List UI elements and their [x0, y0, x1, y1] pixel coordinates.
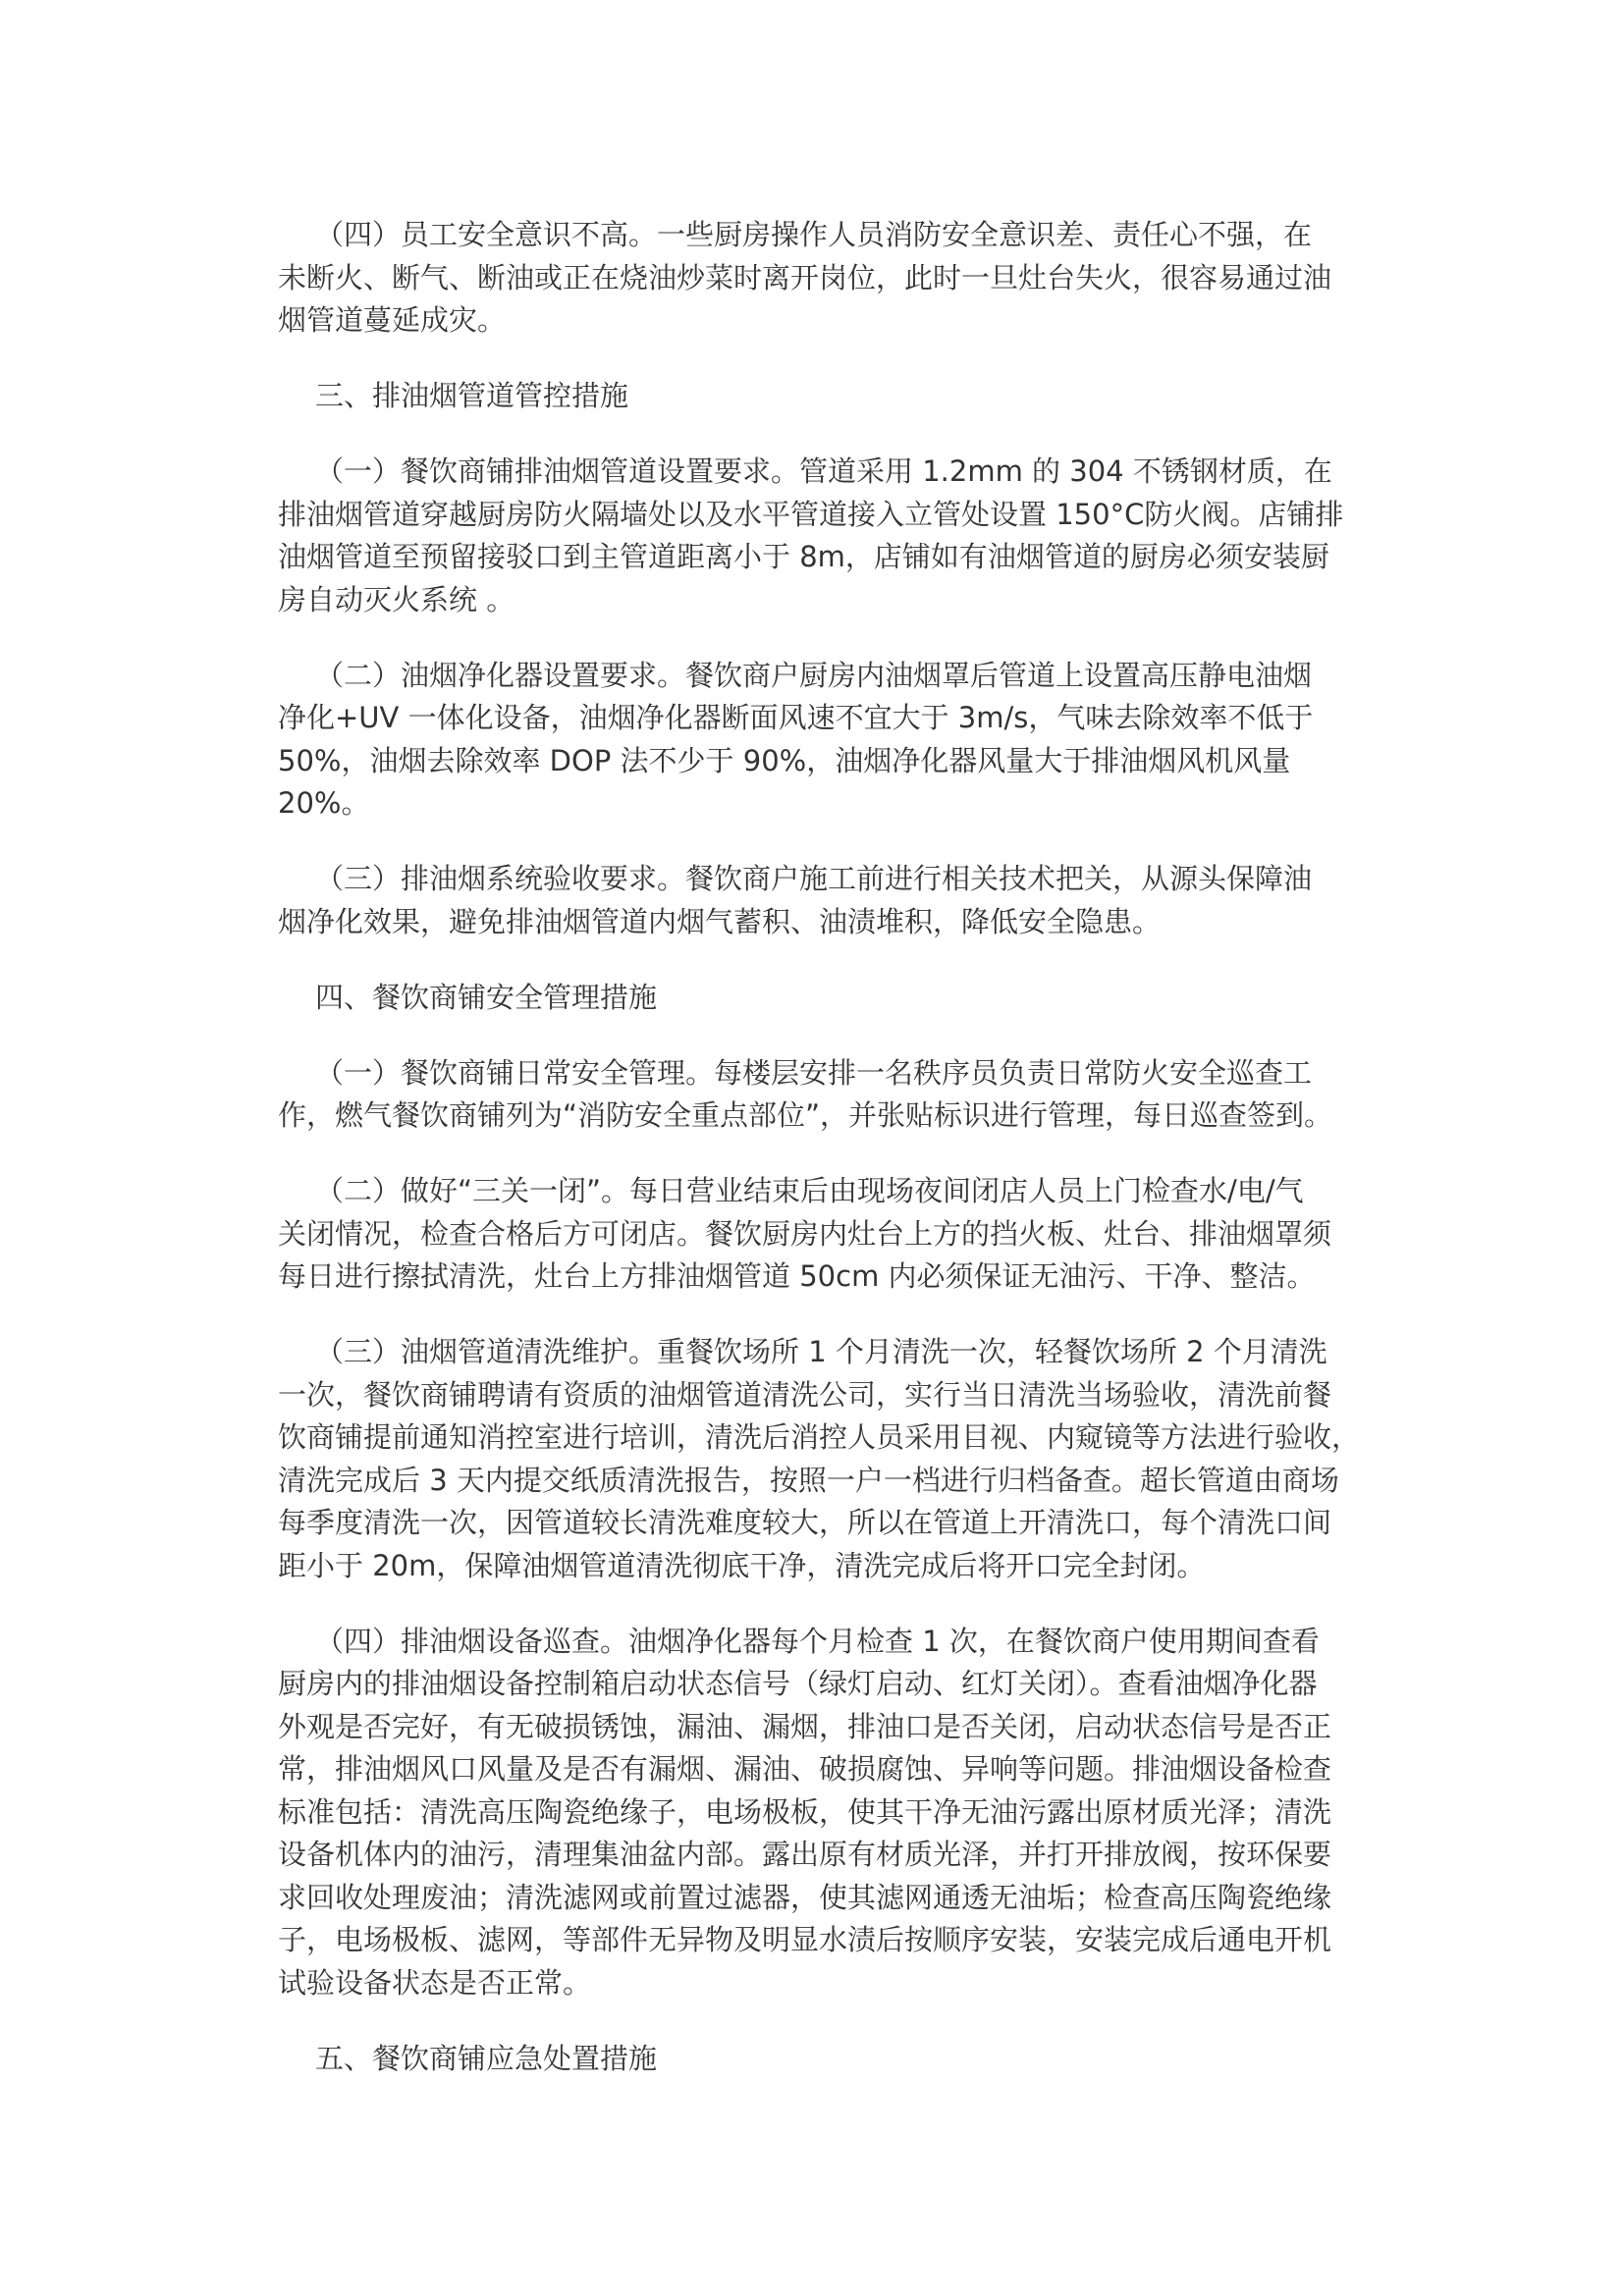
text-line: 净化+UV 一体化设备，油烟净化器断面风速不宜大于 3m/s，气味去除效率不低于	[278, 697, 1368, 740]
section-heading-4: 四、餐饮商铺安全管理措施	[278, 977, 1368, 1020]
text-line: 房自动灭火系统 。	[278, 579, 1368, 622]
text-line: 排油烟管道穿越厨房防火隔墙处以及水平管道接入立管处设置 150°C防火阀。店铺排	[278, 494, 1368, 537]
text-line: 关闭情况，检查合格后方可闭店。餐饮厨房内灶台上方的挡火板、灶台、排油烟罩须	[278, 1213, 1368, 1256]
heading-text: 四、餐饮商铺安全管理措施	[278, 977, 1368, 1020]
text-line: 距小于 20m，保障油烟管道清洗彻底干净，清洗完成后将开口完全封闭。	[278, 1545, 1368, 1588]
text-line: 子，电场极板、滤网，等部件无异物及明显水渍后按顺序安装，安装完成后通电开机	[278, 1919, 1368, 1962]
text-line: 烟净化效果，避免排油烟管道内烟气蓄积、油渍堆积，降低安全隐患。	[278, 901, 1368, 944]
text-line: 求回收处理废油；清洗滤网或前置过滤器，使其滤网通透无油垢；检查高压陶瓷绝缘	[278, 1877, 1368, 1920]
text-line: 油烟管道至预留接驳口到主管道距离小于 8m，店铺如有油烟管道的厨房必须安装厨	[278, 536, 1368, 579]
text-line: 设备机体内的油污，清理集油盆内部。露出原有材质光泽，并打开排放阀，按环保要	[278, 1834, 1368, 1877]
text-line: 饮商铺提前通知消控室进行培训，清洗后消控人员采用目视、内窥镜等方法进行验收，	[278, 1416, 1368, 1460]
text-line: （三）排油烟系统验收要求。餐饮商户施工前进行相关技术把关，从源头保障油	[278, 858, 1368, 901]
paragraph-purifier-requirements: （二）油烟净化器设置要求。餐饮商户厨房内油烟罩后管道上设置高压静电油烟 净化+U…	[278, 655, 1368, 826]
paragraph-duct-requirements: （一）餐饮商铺排油烟管道设置要求。管道采用 1.2mm 的 304 不锈钢材质，…	[278, 451, 1368, 621]
text-line: （四）员工安全意识不高。一些厨房操作人员消防安全意识差、责任心不强，在	[278, 214, 1368, 257]
heading-text: 三、排油烟管道管控措施	[278, 375, 1368, 418]
text-line: （一）餐饮商铺排油烟管道设置要求。管道采用 1.2mm 的 304 不锈钢材质，…	[278, 451, 1368, 494]
text-line: 一次，餐饮商铺聘请有资质的油烟管道清洗公司，实行当日清洗当场验收，清洗前餐	[278, 1374, 1368, 1417]
paragraph-staff-awareness: （四）员工安全意识不高。一些厨房操作人员消防安全意识差、责任心不强，在 未断火、…	[278, 214, 1368, 343]
paragraph-equipment-inspection: （四）排油烟设备巡查。油烟净化器每个月检查 1 次，在餐饮商户使用期间查看 厨房…	[278, 1621, 1368, 2005]
section-heading-5: 五、餐饮商铺应急处置措施	[278, 2038, 1368, 2081]
text-line: 常，排油烟风口风量及是否有漏烟、漏油、破损腐蚀、异响等问题。排油烟设备检查	[278, 1748, 1368, 1791]
paragraph-three-off-one-close: （二）做好“三关一闭”。每日营业结束后由现场夜间闭店人员上门检查水/电/气 关闭…	[278, 1170, 1368, 1299]
paragraph-acceptance-requirements: （三）排油烟系统验收要求。餐饮商户施工前进行相关技术把关，从源头保障油 烟净化效…	[278, 858, 1368, 943]
text-line: （四）排油烟设备巡查。油烟净化器每个月检查 1 次，在餐饮商户使用期间查看	[278, 1621, 1368, 1664]
text-line: 标准包括：清洗高压陶瓷绝缘子，电场极板，使其干净无油污露出原材质光泽；清洗	[278, 1791, 1368, 1835]
paragraph-duct-cleaning: （三）油烟管道清洗维护。重餐饮场所 1 个月清洗一次，轻餐饮场所 2 个月清洗 …	[278, 1331, 1368, 1587]
text-line: 外观是否完好，有无破损锈蚀，漏油、漏烟，排油口是否关闭，启动状态信号是否正	[278, 1706, 1368, 1749]
text-line: 清洗完成后 3 天内提交纸质清洗报告，按照一户一档进行归档备查。超长管道由商场	[278, 1460, 1368, 1503]
document-page: （四）员工安全意识不高。一些厨房操作人员消防安全意识差、责任心不强，在 未断火、…	[278, 214, 1368, 2113]
text-line: （一）餐饮商铺日常安全管理。每楼层安排一名秩序员负责日常防火安全巡查工	[278, 1052, 1368, 1095]
text-line: （二）油烟净化器设置要求。餐饮商户厨房内油烟罩后管道上设置高压静电油烟	[278, 655, 1368, 698]
text-line: 每日进行擦拭清洗，灶台上方排油烟管道 50cm 内必须保证无油污、干净、整洁。	[278, 1255, 1368, 1299]
text-line: 每季度清洗一次，因管道较长清洗难度较大，所以在管道上开清洗口，每个清洗口间	[278, 1502, 1368, 1545]
text-line: （三）油烟管道清洗维护。重餐饮场所 1 个月清洗一次，轻餐饮场所 2 个月清洗	[278, 1331, 1368, 1374]
paragraph-daily-management: （一）餐饮商铺日常安全管理。每楼层安排一名秩序员负责日常防火安全巡查工 作，燃气…	[278, 1052, 1368, 1138]
text-line: 20%。	[278, 782, 1368, 826]
text-line: 50%，油烟去除效率 DOP 法不少于 90%，油烟净化器风量大于排油烟风机风量	[278, 740, 1368, 783]
text-line: 未断火、断气、断油或正在烧油炒菜时离开岗位，此时一旦灶台失火，很容易通过油	[278, 257, 1368, 300]
text-line: 烟管道蔓延成灾。	[278, 299, 1368, 343]
section-heading-3: 三、排油烟管道管控措施	[278, 375, 1368, 418]
text-line: 试验设备状态是否正常。	[278, 1962, 1368, 2005]
text-line: （二）做好“三关一闭”。每日营业结束后由现场夜间闭店人员上门检查水/电/气	[278, 1170, 1368, 1213]
heading-text: 五、餐饮商铺应急处置措施	[278, 2038, 1368, 2081]
text-line: 厨房内的排油烟设备控制箱启动状态信号（绿灯启动、红灯关闭）。查看油烟净化器	[278, 1663, 1368, 1706]
text-line: 作，燃气餐饮商铺列为“消防安全重点部位”，并张贴标识进行管理，每日巡查签到。	[278, 1095, 1368, 1138]
